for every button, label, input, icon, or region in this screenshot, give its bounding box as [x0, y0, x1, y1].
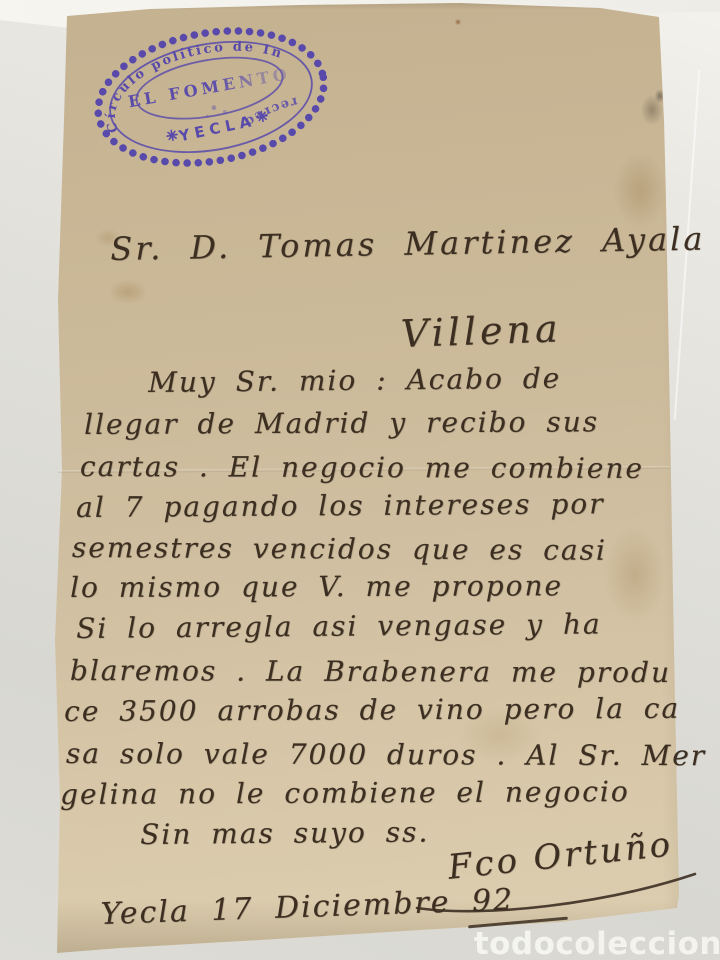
- handwritten-line: ce 3500 arrobas de vino pero la ca: [64, 692, 680, 728]
- closing-line: Sin mas suyo ss.: [140, 815, 429, 851]
- place-line: Villena: [400, 306, 562, 356]
- handwritten-line: blaremos . La Brabenera me produ: [70, 654, 671, 689]
- stamp-town-text: YECLA: [176, 111, 257, 145]
- site-watermark: todocoleccion: [474, 926, 720, 960]
- handwritten-line: sa solo vale 7000 duros . Al Sr. Mer: [66, 737, 706, 772]
- handwritten-line: lo mismo que V. me propone: [70, 569, 563, 604]
- handwritten-line: Muy Sr. mio : Acabo de: [148, 362, 561, 399]
- handwritten-line: gelina no le combiene el negocio: [60, 775, 630, 811]
- letter-photo: Círculo político de In recreo EL FOMENTO…: [0, 0, 720, 960]
- handwritten-line: semestres vencidos que es casi: [72, 531, 607, 567]
- handwritten-line: llegar de Madrid y recibo sus: [84, 405, 599, 441]
- handwritten-line: Si lo arregla asi vengase y ha: [76, 607, 602, 645]
- handwritten-line: al 7 pagando los intereses por: [76, 487, 605, 524]
- handwritten-line: cartas . El negocio me combiene: [80, 450, 644, 485]
